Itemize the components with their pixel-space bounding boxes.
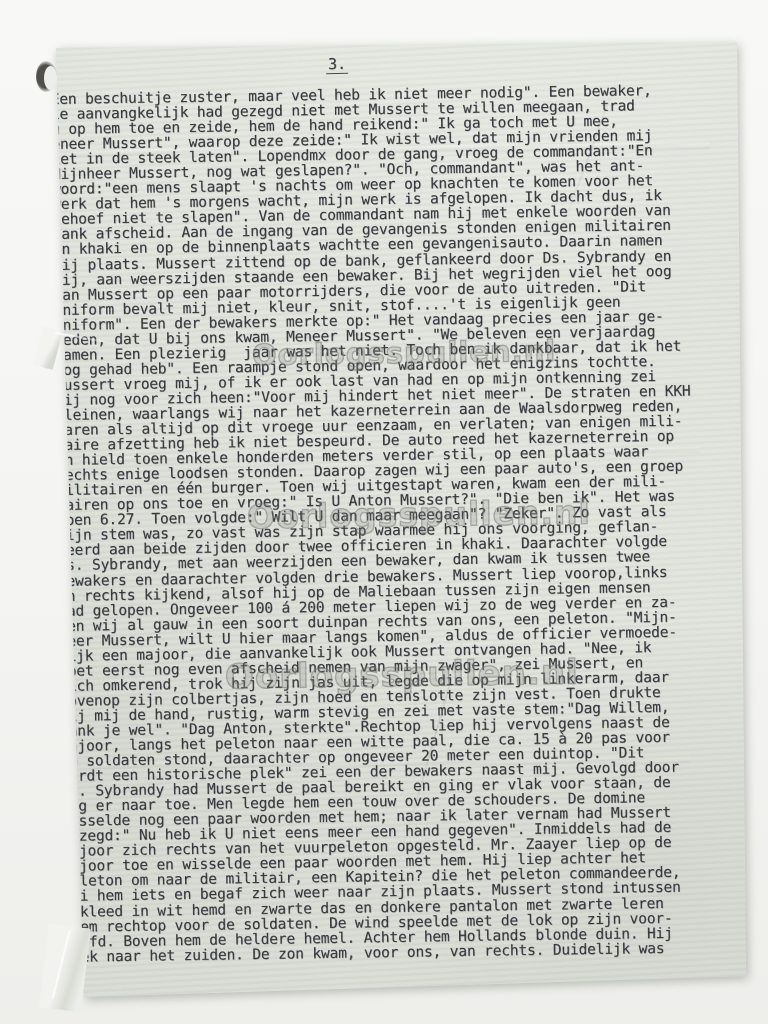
typewritten-text: Een beschuitje zuster, maar veel heb ik … (51, 82, 732, 965)
photo-background: 3. Een beschuitje zuster, maar veel heb … (0, 0, 768, 1024)
document-page: 3. Een beschuitje zuster, maar veel heb … (0, 0, 768, 1024)
page-number: 3. (326, 55, 348, 74)
paper-shadow-wrap: 3. Een beschuitje zuster, maar veel heb … (0, 0, 768, 1024)
paper-tear-highlight (44, 66, 57, 90)
